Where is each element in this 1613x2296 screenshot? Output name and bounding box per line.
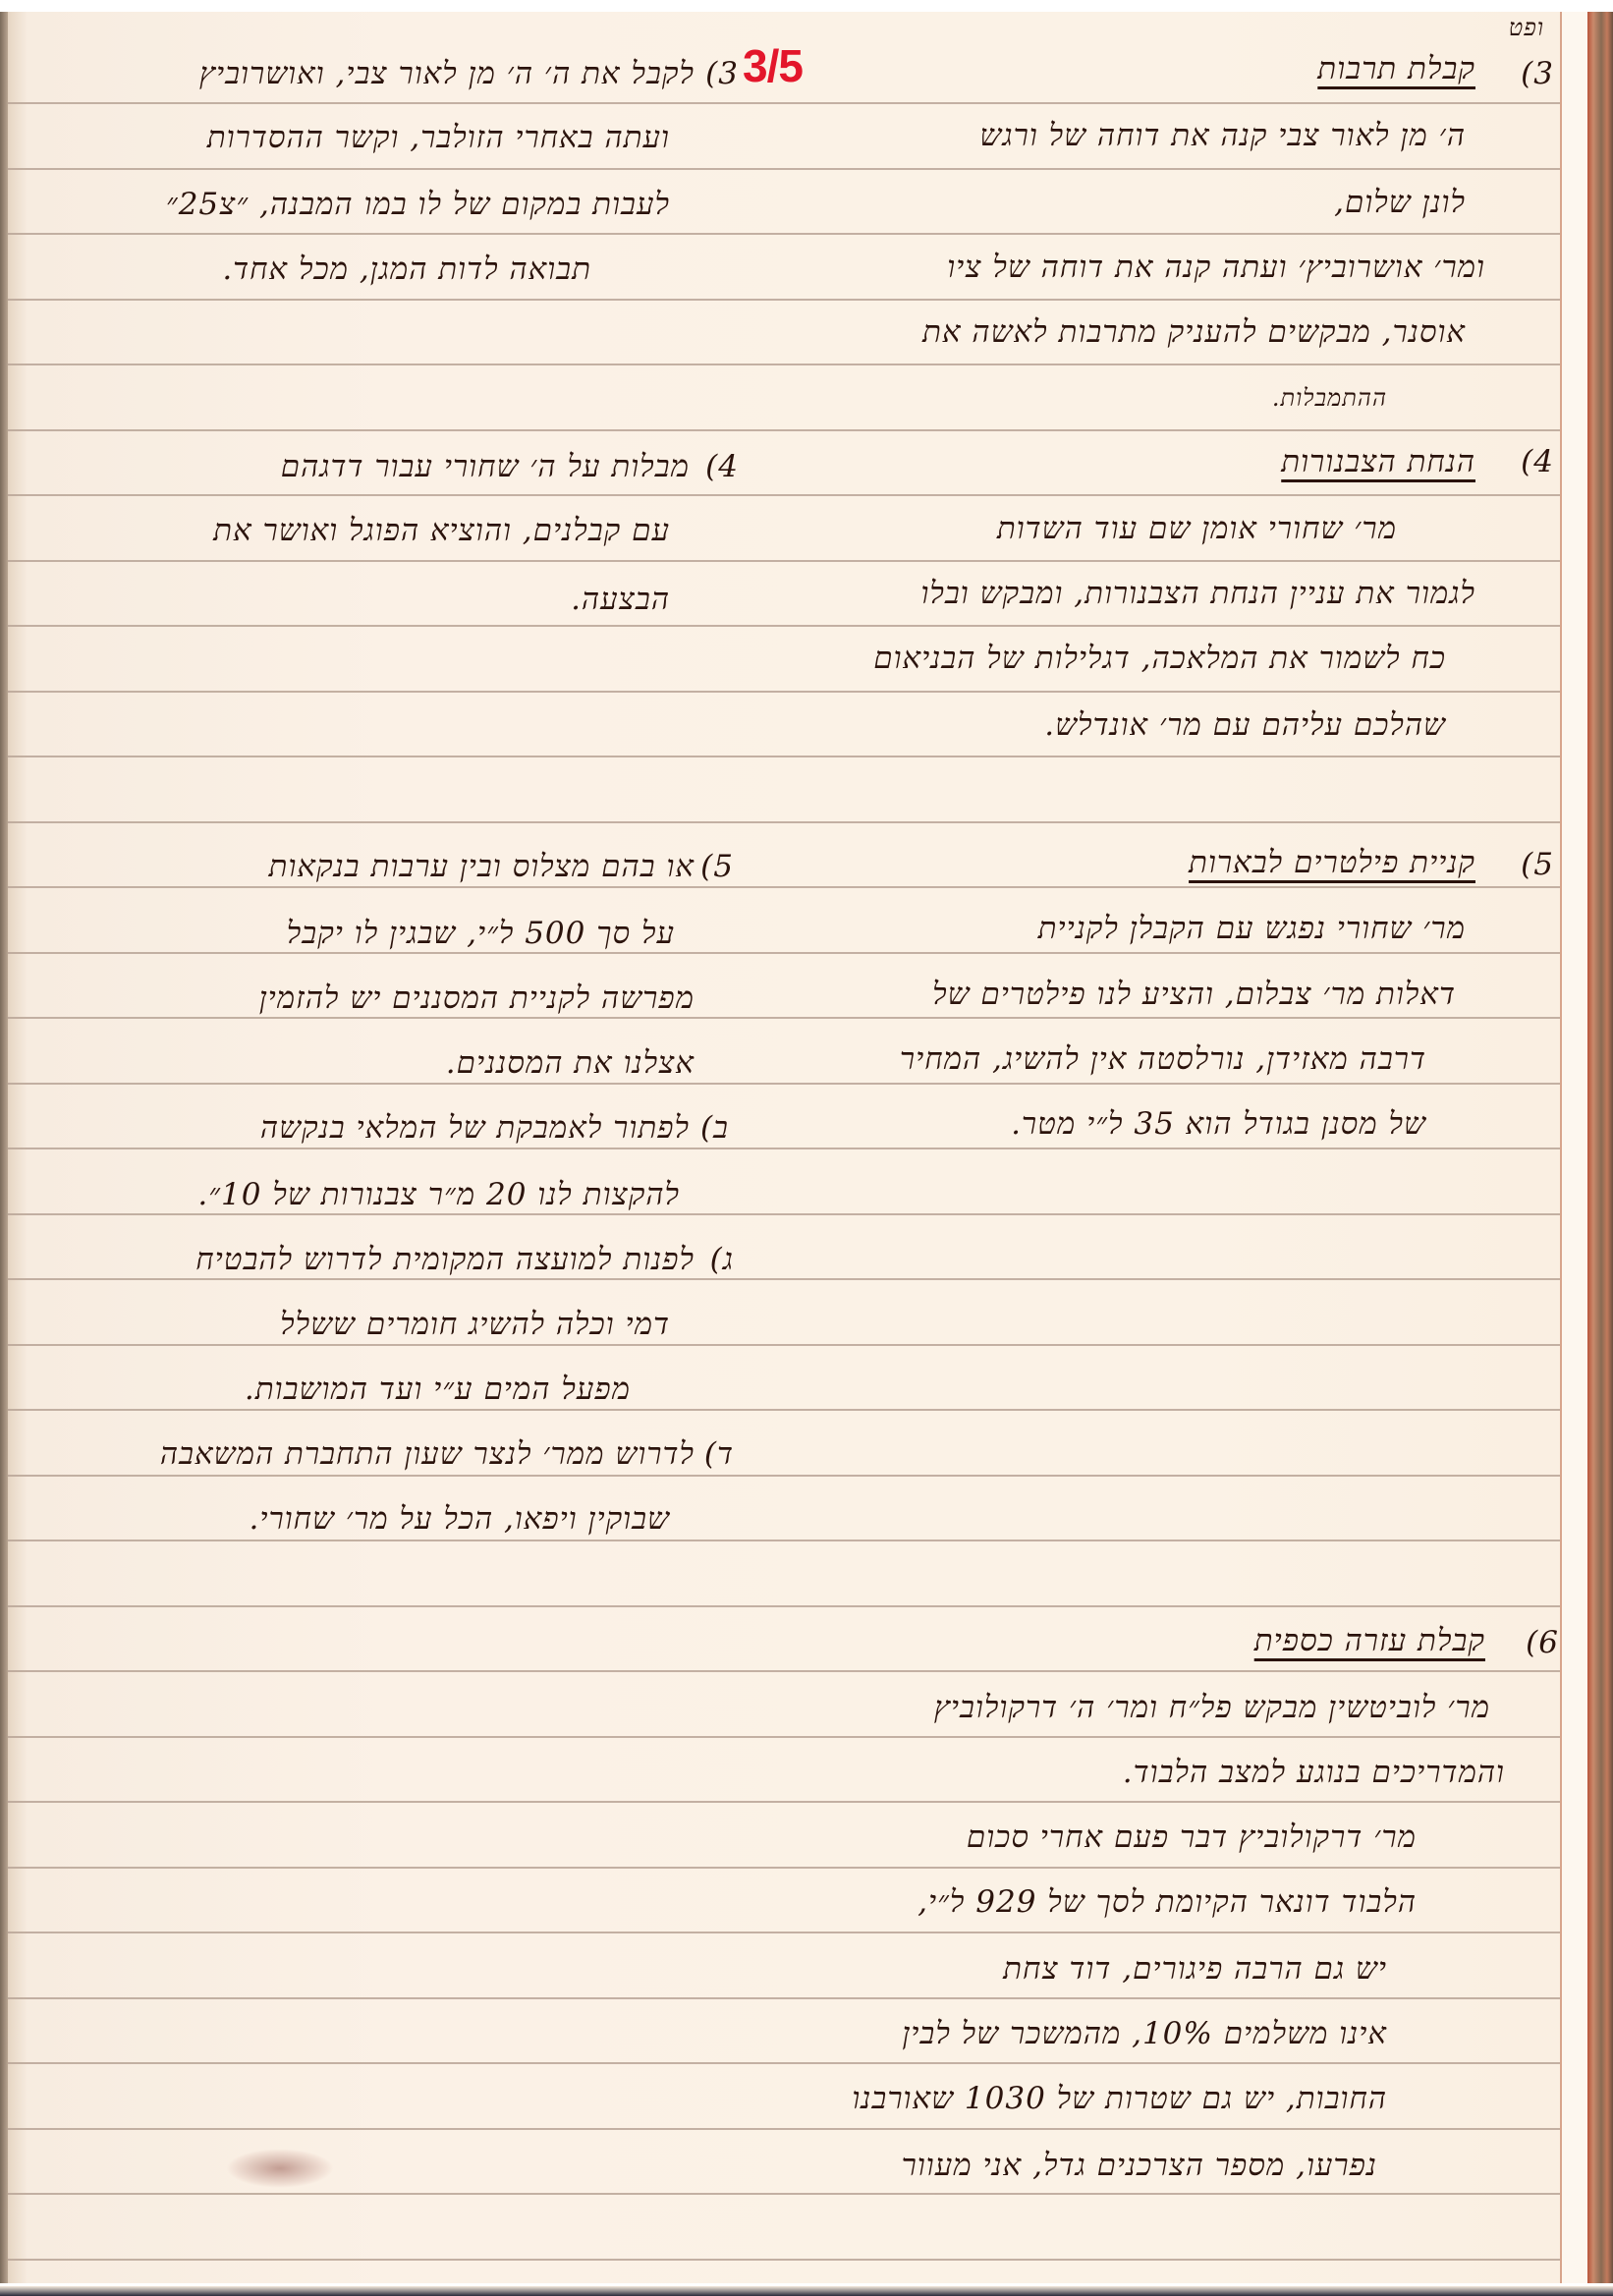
right-section-6-line: והמדריכים בנוגע למצב הלבוד.	[1123, 1753, 1505, 1792]
left-section-3-line: לקבל את ה׳ ה׳ מן לאור צבי, ואושרוביץ	[199, 54, 695, 93]
right-section-5-line: דרבה מאזידן, נורלסטה אין להשיג, המחיר	[900, 1039, 1426, 1079]
ruled-line	[8, 952, 1560, 954]
ruled-line	[8, 1083, 1560, 1085]
ruled-line	[8, 429, 1560, 431]
right-section-6-line: נפרעו, מספר הצרכנים גדל, אני מעוור	[902, 2146, 1377, 2185]
ruled-line	[8, 364, 1560, 365]
ruled-line	[8, 102, 1560, 104]
right-section-6-line: אינו משלמים 10%, מהמשכר של לבין	[902, 2014, 1387, 2053]
page-bottom-edge	[0, 2286, 1613, 2296]
left-section-3-line: תבואה לדות המגן, מכל אחד.	[222, 250, 591, 289]
right-section-3-line: ומר׳ אושרוביץ׳ ועתה קנה את דוחה של ציו	[947, 248, 1485, 287]
right-section-4-number: 4)	[1521, 442, 1554, 481]
right-section-3-line: לונן שלום,	[1334, 183, 1466, 222]
right-section-6-line: מר׳ לוביטשין מבקש פל״ח ומר׳ ה׳ דרקולוביץ	[934, 1688, 1490, 1727]
ruled-line	[8, 1148, 1560, 1149]
right-section-6-line: מר׳ דרקולוביץ דבר פעם אחרי סכום	[967, 1818, 1417, 1857]
left-subsection-d-number: ד)	[704, 1434, 734, 1474]
ruled-line	[8, 2062, 1560, 2064]
left-section-3-line: ועתה באחרי הזולבר, וקשר ההסדרות	[207, 118, 670, 157]
page-counter: 3/5	[743, 39, 803, 92]
right-section-3-line: אוסנר, מבקשים להעניק מתרבות לאשה את	[922, 312, 1466, 352]
corner-text: ופט	[1509, 8, 1544, 47]
ruled-line	[8, 299, 1560, 301]
left-subsection-c-line: מפעל המים ע״י ועד המושבות.	[245, 1370, 631, 1409]
ruled-line	[8, 168, 1560, 170]
left-subsection-d-line: לדרוש ממר׳ לנצר שעון התחברת המשאבה	[160, 1434, 695, 1474]
right-margin-strip	[1560, 12, 1589, 2283]
ruled-line	[8, 1475, 1560, 1477]
left-section-4-line: הבצעה.	[571, 580, 670, 619]
right-section-4-line: לגמור את עניין הנחת הצבנורות, ומבקש ובלו	[920, 574, 1475, 613]
right-section-6-line: החובות, יש גם שטרות של 1030 שאורבנו	[852, 2079, 1387, 2118]
left-subsection-b-number: ב)	[700, 1108, 729, 1148]
ruled-line	[8, 2259, 1560, 2261]
right-section-3-line: ה׳ מן לאור צבי קנה את דוחה של ורגש	[979, 116, 1466, 155]
ruled-line	[8, 1344, 1560, 1346]
right-section-4-line: מר׳ שחורי אומן שם עוד השדות	[997, 509, 1397, 548]
left-subsection-c-line: דמי וכלה להשיג חומרים ששלל	[280, 1305, 670, 1344]
left-section-5-line: על סך 500 ל״י, שבגין לו יקבל	[287, 914, 675, 953]
right-section-3-number: 3)	[1521, 54, 1554, 93]
left-section-3-number: 3)	[705, 54, 739, 93]
right-section-5-line: מר׳ שחורי נפגש עם הקבלן לקניית	[1038, 909, 1466, 948]
left-section-4-line: עם קבלנים, והוציא הפוגל ואושר את	[213, 511, 670, 550]
ruled-line	[8, 233, 1560, 235]
ruled-line	[8, 1932, 1560, 1933]
right-section-4-line: שהלכם עליהם עם מר׳ אונדלש.	[1044, 705, 1446, 745]
right-section-4-heading: הנחת הצבנורות	[1281, 442, 1475, 481]
ruled-line	[8, 886, 1560, 888]
right-section-3-heading: קבלת תרבות	[1317, 49, 1475, 88]
ruled-line	[8, 625, 1560, 627]
ruled-line	[8, 1605, 1560, 1607]
left-section-5-line: אצלנו את המסננים.	[446, 1043, 695, 1083]
right-section-5-line: של מסנן בגודל הוא 35 ל״י מטר.	[1011, 1104, 1426, 1144]
right-section-6-line: הלבוד דונאר הקיומת לסך של 929 ל״י,	[918, 1882, 1417, 1922]
left-subsection-b-line: לפתור לאמבקת של המלאי בנקשה	[260, 1108, 690, 1148]
ruled-line	[8, 1801, 1560, 1803]
right-section-5-heading: קניית פילטרים לבארות	[1189, 843, 1475, 882]
right-section-5-number: 5)	[1521, 845, 1554, 884]
ruled-line	[8, 560, 1560, 562]
ruled-line	[8, 2128, 1560, 2130]
ruled-line	[8, 691, 1560, 693]
ruled-line	[8, 1867, 1560, 1869]
ruled-line	[8, 1997, 1560, 1999]
right-section-3-line: ההתמבלות.	[1272, 378, 1387, 418]
notebook-binding	[1587, 12, 1613, 2283]
left-subsection-c-line: לפנות למועצה המקומית לדרוש להבטיח	[195, 1240, 695, 1279]
left-section-5-number: 5)	[700, 847, 734, 886]
right-section-5-line: דאלות מר׳ צבלום, והציע לנו פילטרים של	[932, 975, 1456, 1014]
ruled-line	[8, 1409, 1560, 1411]
ruled-line	[8, 756, 1560, 757]
left-section-5-line: מפרשה לקניית המסננים יש להזמין	[259, 979, 695, 1018]
ruled-line	[8, 1670, 1560, 1672]
left-section-4-line: מבלות על ה׳ שחורי עבור דדגהם	[281, 447, 690, 486]
left-subsection-b-line: להקצות לנו 20 מ״ר צבנורות של 10״.	[197, 1175, 680, 1214]
right-section-4-line: כח לשמור את המלאכה, דגלילות של הבניאום	[873, 639, 1446, 678]
right-section-6-number: 6)	[1526, 1623, 1559, 1662]
ruled-line	[8, 1017, 1560, 1019]
left-section-4-number: 4)	[705, 447, 739, 486]
left-subsection-d-line: שבוקין ויפאו, הכל על מר׳ שחורי.	[250, 1499, 670, 1539]
ruled-line	[8, 821, 1560, 823]
right-section-6-line: יש גם הרבה פיגורים, דוד צחת	[1003, 1949, 1387, 1988]
page-left-shadow	[0, 12, 8, 2283]
left-section-3-line: לעבות במקום של לו במו המבנה, ״צ25״	[166, 185, 670, 224]
ruled-line	[8, 2193, 1560, 2195]
left-subsection-c-number: ג)	[710, 1240, 734, 1279]
ruled-line	[8, 1540, 1560, 1541]
notebook-page	[0, 12, 1613, 2283]
ink-smudge	[226, 2149, 334, 2188]
ruled-line	[8, 494, 1560, 496]
ruled-line	[8, 1736, 1560, 1738]
left-section-5-line: או בהם מצלוס ובין ערבות בנקאות	[269, 847, 695, 886]
right-section-6-heading: קבלת עזרה כספית	[1254, 1621, 1485, 1660]
